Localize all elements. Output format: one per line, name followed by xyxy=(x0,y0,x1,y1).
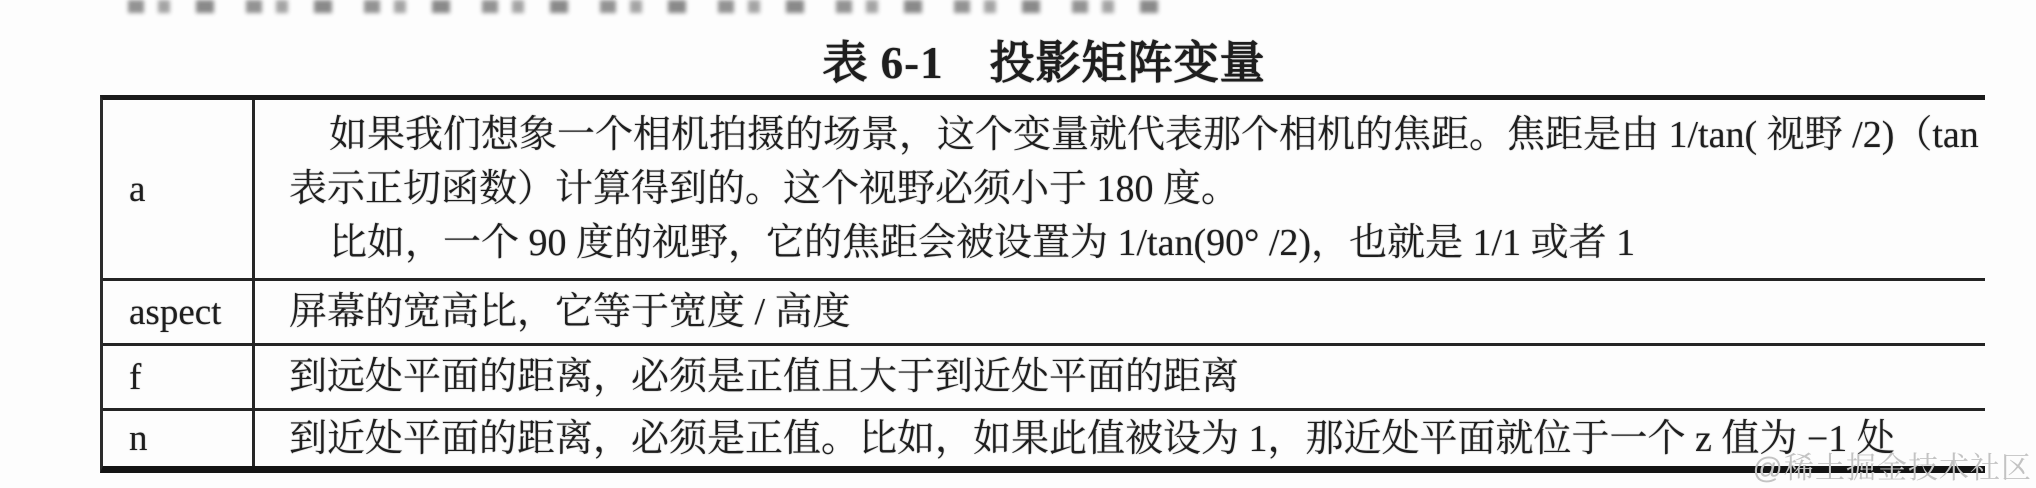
variable-description-cell: 如果我们想象一个相机拍摄的场景，这个变量就代表那个相机的焦距。焦距是由 1/ta… xyxy=(255,100,1995,278)
description-line: 表示正切函数）计算得到的。这个视野必须小于 180 度。 xyxy=(289,162,1979,216)
description-line: 如果我们想象一个相机拍摄的场景，这个变量就代表那个相机的焦距。焦距是由 1/ta… xyxy=(289,108,1979,162)
table-caption-text: 表 6-1 投影矩阵变量 xyxy=(822,38,1265,88)
table-row: a 如果我们想象一个相机拍摄的场景，这个变量就代表那个相机的焦距。焦距是由 1/… xyxy=(103,100,1985,281)
projection-matrix-variables-table: a 如果我们想象一个相机拍摄的场景，这个变量就代表那个相机的焦距。焦距是由 1/… xyxy=(100,95,1985,473)
variable-name: f xyxy=(129,356,141,399)
variable-name: a xyxy=(129,168,145,211)
variable-name: aspect xyxy=(129,291,221,334)
table-row: n 到近处平面的距离，必须是正值。比如，如果此值被设为 1，那近处平面就位于一个… xyxy=(103,411,1985,466)
cropped-text-top xyxy=(128,0,1168,13)
variable-description-cell: 到远处平面的距离，必须是正值且大于到近处平面的距离 xyxy=(255,346,1985,408)
table-caption: 表 6-1 投影矩阵变量 xyxy=(100,26,1988,91)
variable-name-cell: n xyxy=(103,411,255,466)
variable-name-cell: f xyxy=(103,346,255,408)
description-line: 比如，一个 90 度的视野，它的焦距会被设置为 1/tan(90° /2)，也就… xyxy=(289,216,1979,270)
description-line: 屏幕的宽高比，它等于宽度 / 高度 xyxy=(289,285,1969,339)
description-line: 到远处平面的距离，必须是正值且大于到近处平面的距离 xyxy=(289,350,1969,404)
variable-name: n xyxy=(129,417,148,460)
variable-description-cell: 到近处平面的距离，必须是正值。比如，如果此值被设为 1，那近处平面就位于一个 z… xyxy=(255,411,1985,466)
variable-name-cell: aspect xyxy=(103,281,255,343)
variable-name-cell: a xyxy=(103,100,255,278)
watermark: @稀土掘金技术社区 xyxy=(1753,443,2032,487)
table-row: aspect 屏幕的宽高比，它等于宽度 / 高度 xyxy=(103,281,1985,346)
table-row: f 到远处平面的距离，必须是正值且大于到近处平面的距离 xyxy=(103,346,1985,411)
variable-description-cell: 屏幕的宽高比，它等于宽度 / 高度 xyxy=(255,281,1985,343)
description-line: 到近处平面的距离，必须是正值。比如，如果此值被设为 1，那近处平面就位于一个 z… xyxy=(289,413,1969,465)
scanned-book-page: 表 6-1 投影矩阵变量 a 如果我们想象一个相机拍摄的场景，这个变量就代表那个… xyxy=(0,0,2036,488)
